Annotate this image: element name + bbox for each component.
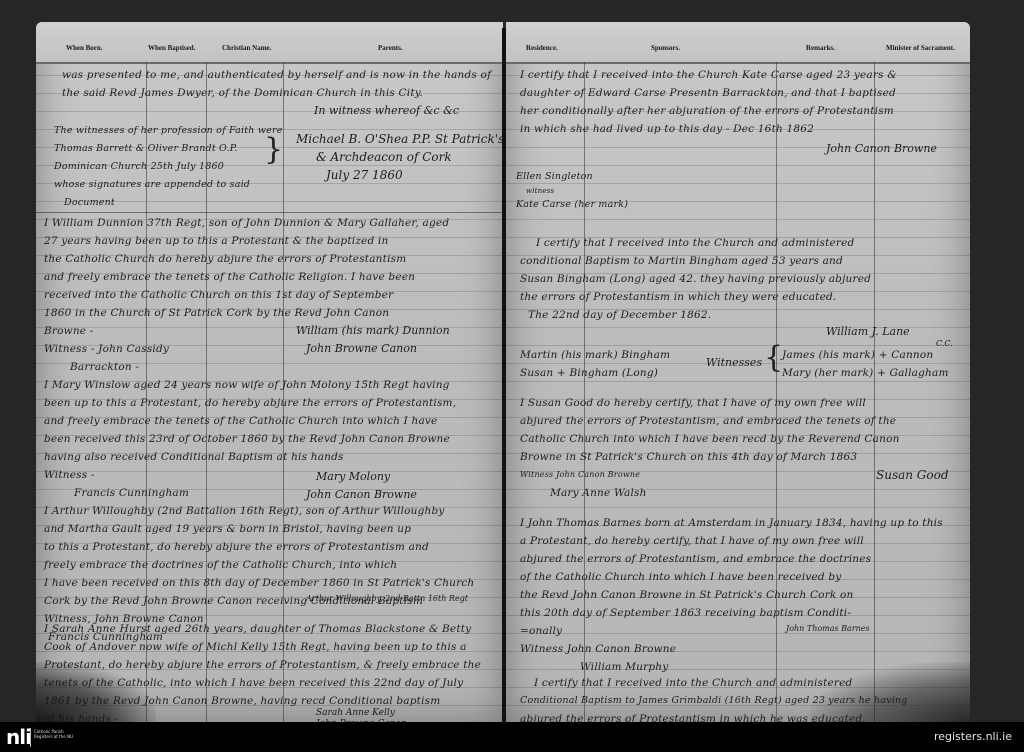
entry-line: I Arthur Willoughby (2nd Battalion 16th … bbox=[44, 502, 474, 520]
entry-line: James (his mark) + Cannon bbox=[782, 346, 949, 364]
witnesses-label: Witnesses bbox=[706, 354, 762, 372]
entry-line: was presented to me, and authenticated b… bbox=[62, 66, 491, 84]
logo-divider bbox=[30, 728, 31, 747]
entry-line: the Catholic Church do hereby abjure the… bbox=[44, 250, 449, 268]
col-sponsors: Sponsors. bbox=[651, 44, 680, 52]
entry-line: Browne in St Patrick's Church on this 4t… bbox=[520, 448, 900, 466]
entry-line: and Martha Gault aged 19 years & born in… bbox=[44, 520, 474, 538]
signature-line: Sarah Anne Kelly bbox=[316, 708, 407, 719]
right-page: Residence. Sponsors. Remarks. Minister o… bbox=[506, 22, 970, 722]
entry-line: and freely embrace the tenets of the Cat… bbox=[44, 268, 449, 286]
signature-line: July 27 1860 bbox=[296, 166, 503, 184]
entry-line: her conditionally after her abjuration o… bbox=[520, 102, 897, 120]
entry-line: =onally bbox=[520, 622, 943, 640]
col-christian-name: Christian Name. bbox=[222, 44, 271, 52]
entry-line: Document bbox=[54, 194, 283, 212]
entry-text: I Susan Good do hereby certify, that I h… bbox=[520, 394, 900, 502]
entry-line: The witnesses of her profession of Faith… bbox=[54, 122, 283, 140]
entry-line: 27 years having been up to this a Protes… bbox=[44, 232, 449, 250]
entry-line: a Protestant, do hereby certify, that I … bbox=[520, 532, 943, 550]
entry-names: Martin (his mark) Bingham Susan + Bingha… bbox=[520, 346, 670, 382]
entry-closing: In witness whereof &c &c bbox=[314, 102, 459, 120]
witness-block: Ellen Singleton witness Kate Carse (her … bbox=[516, 170, 628, 212]
entry-line: I Sarah Anne Hurst aged 26th years, daug… bbox=[44, 620, 481, 638]
registers-site-link[interactable]: registers.nli.ie bbox=[934, 730, 1012, 743]
col-remarks: Remarks. bbox=[806, 44, 835, 52]
entry-line: Barrackton - bbox=[44, 358, 449, 376]
entry-line: and freely embrace the tenets of the Cat… bbox=[44, 412, 456, 430]
entry-line: of the Catholic Church into which I have… bbox=[520, 568, 943, 586]
entry-line: Thomas Barrett & Oliver Brandt O.P. bbox=[54, 140, 283, 158]
entry-divider bbox=[36, 212, 503, 213]
signature-line: Michael B. O'Shea P.P. St Patrick's bbox=[296, 130, 503, 148]
entry-line: I Susan Good do hereby certify, that I h… bbox=[520, 394, 900, 412]
entry-text: I John Thomas Barnes born at Amsterdam i… bbox=[520, 514, 943, 676]
nli-logo-subtitle: Catholic Parish Registers at the NLI bbox=[34, 729, 74, 739]
entry-line: Conditional Baptism to James Grimbaldi (… bbox=[520, 692, 908, 710]
entry-line: I certify that I received into the Churc… bbox=[520, 66, 897, 84]
col-residence: Residence. bbox=[526, 44, 558, 52]
left-header-row: When Born. When Baptised. Christian Name… bbox=[36, 22, 503, 64]
entry-line: freely embrace the doctrines of the Cath… bbox=[44, 556, 474, 574]
witness-block: The witnesses of her profession of Faith… bbox=[54, 122, 283, 212]
entry-line: conditional Baptism to Martin Bingham ag… bbox=[520, 252, 871, 270]
entry-signature: John Thomas Barnes bbox=[786, 620, 870, 638]
brace: { bbox=[764, 340, 783, 375]
entry-signature: John Canon Browne bbox=[826, 140, 937, 158]
footer-bar: nli Catholic Parish Registers at the NLI… bbox=[0, 722, 1024, 752]
signature-line: William (his mark) Dunnion bbox=[296, 322, 450, 340]
entry-line: abjured the errors of Protestantism, and… bbox=[520, 550, 943, 568]
entry-line: Cook of Andover now wife of Michl Kelly … bbox=[44, 638, 481, 656]
entry-line: I Mary Winslow aged 24 years now wife of… bbox=[44, 376, 456, 394]
entry-line: I certify that I received into the Churc… bbox=[520, 234, 871, 252]
entry-line: I certify that I received into the Churc… bbox=[520, 674, 908, 692]
entry-line: Witness John Canon Browne bbox=[520, 466, 900, 484]
entry-line: to this a Protestant, do hereby abjure t… bbox=[44, 538, 474, 556]
signature-line: William J. Lane bbox=[826, 326, 953, 338]
entry-text: I certify that I received into the Churc… bbox=[520, 234, 871, 324]
entry-text: I certify that I received into the Churc… bbox=[520, 674, 908, 722]
entry-line: Ellen Singleton bbox=[516, 170, 628, 184]
entry-line: I John Thomas Barnes born at Amsterdam i… bbox=[520, 514, 943, 532]
entry-line: the errors of Protestantism in which the… bbox=[520, 288, 871, 306]
entry-line: Susan Bingham (Long) aged 42. they havin… bbox=[520, 270, 871, 288]
entry-signature: Sarah Anne Kelly John Browne Canon bbox=[316, 708, 407, 722]
signature-line: John Browne Canon bbox=[296, 340, 450, 358]
entry-line: the Revd John Canon Browne in St Patrick… bbox=[520, 586, 943, 604]
entry-line: received into the Catholic Church on thi… bbox=[44, 286, 449, 304]
entry-line: abjured the errors of Protestantism, and… bbox=[520, 412, 900, 430]
entry-line: Catholic Church into which I have been r… bbox=[520, 430, 900, 448]
entry-text: was presented to me, and authenticated b… bbox=[62, 66, 491, 102]
signature-line: Mary Molony bbox=[306, 468, 417, 486]
right-header-row: Residence. Sponsors. Remarks. Minister o… bbox=[506, 22, 970, 64]
col-when-born: When Born. bbox=[66, 44, 103, 52]
entry-line: whose signatures are appended to said bbox=[54, 176, 283, 194]
entry-line: Mary (her mark) + Gallagham bbox=[782, 364, 949, 382]
entry-line: witness bbox=[516, 184, 628, 198]
entry-line: daughter of Edward Carse Presentn Barrac… bbox=[520, 84, 897, 102]
col-minister: Minister of Sacrament. bbox=[886, 44, 955, 52]
entry-line: Kate Carse (her mark) bbox=[516, 198, 628, 212]
signature-line: & Archdeacon of Cork bbox=[296, 148, 503, 166]
entry-line: Protestant, do hereby abjure the errors … bbox=[44, 656, 481, 674]
entry-line: Dominican Church 25th July 1860 bbox=[54, 158, 283, 176]
entry-line: Mary Anne Walsh bbox=[520, 484, 900, 502]
image-viewer[interactable]: When Born. When Baptised. Christian Name… bbox=[0, 0, 1024, 722]
nli-logo[interactable]: nli bbox=[6, 726, 31, 748]
entry-signature: Arthur Willoughby, 2nd Battn 16th Regt bbox=[306, 590, 468, 608]
entry-line: at his hands - bbox=[44, 710, 481, 722]
entry-signature: Susan Good bbox=[876, 466, 949, 484]
entry-line: Witness John Canon Browne bbox=[520, 640, 943, 658]
entry-line: been up to this a Protestant, do hereby … bbox=[44, 394, 456, 412]
entry-line: in which she had lived up to this day - … bbox=[520, 120, 897, 138]
entry-line: The 22nd day of December 1862. bbox=[520, 306, 871, 324]
entry-signature: William (his mark) Dunnion John Browne C… bbox=[296, 322, 450, 358]
entry-line: Susan + Bingham (Long) bbox=[520, 364, 670, 382]
entry-line: I William Dunnion 37th Regt, son of John… bbox=[44, 214, 449, 232]
entry-signature: Michael B. O'Shea P.P. St Patrick's & Ar… bbox=[296, 130, 503, 184]
left-page: When Born. When Baptised. Christian Name… bbox=[36, 22, 503, 722]
col-when-baptised: When Baptised. bbox=[148, 44, 195, 52]
entry-text: I Sarah Anne Hurst aged 26th years, daug… bbox=[44, 620, 481, 722]
entry-line: been received this 23rd of October 1860 … bbox=[44, 430, 456, 448]
entry-line: 1860 in the Church of St Patrick Cork by… bbox=[44, 304, 449, 322]
entry-line: Martin (his mark) Bingham bbox=[520, 346, 670, 364]
brace: } bbox=[264, 132, 283, 167]
entry-line: abjured the errors of Protestantism in w… bbox=[520, 710, 908, 722]
entry-line: this 20th day of September 1863 receivin… bbox=[520, 604, 943, 622]
col-parents: Parents. bbox=[378, 44, 403, 52]
witness-block: James (his mark) + Cannon Mary (her mark… bbox=[782, 346, 949, 382]
entry-line: tenets of the Catholic, into which I hav… bbox=[44, 674, 481, 692]
entry-line: having also received Conditional Baptism… bbox=[44, 448, 456, 466]
entry-signature: Mary Molony John Canon Browne bbox=[306, 468, 417, 504]
entry-text: I certify that I received into the Churc… bbox=[520, 66, 897, 138]
entry-line: the said Revd James Dwyer, of the Domini… bbox=[62, 84, 491, 102]
entry-line: 1861 by the Revd John Canon Browne, havi… bbox=[44, 692, 481, 710]
